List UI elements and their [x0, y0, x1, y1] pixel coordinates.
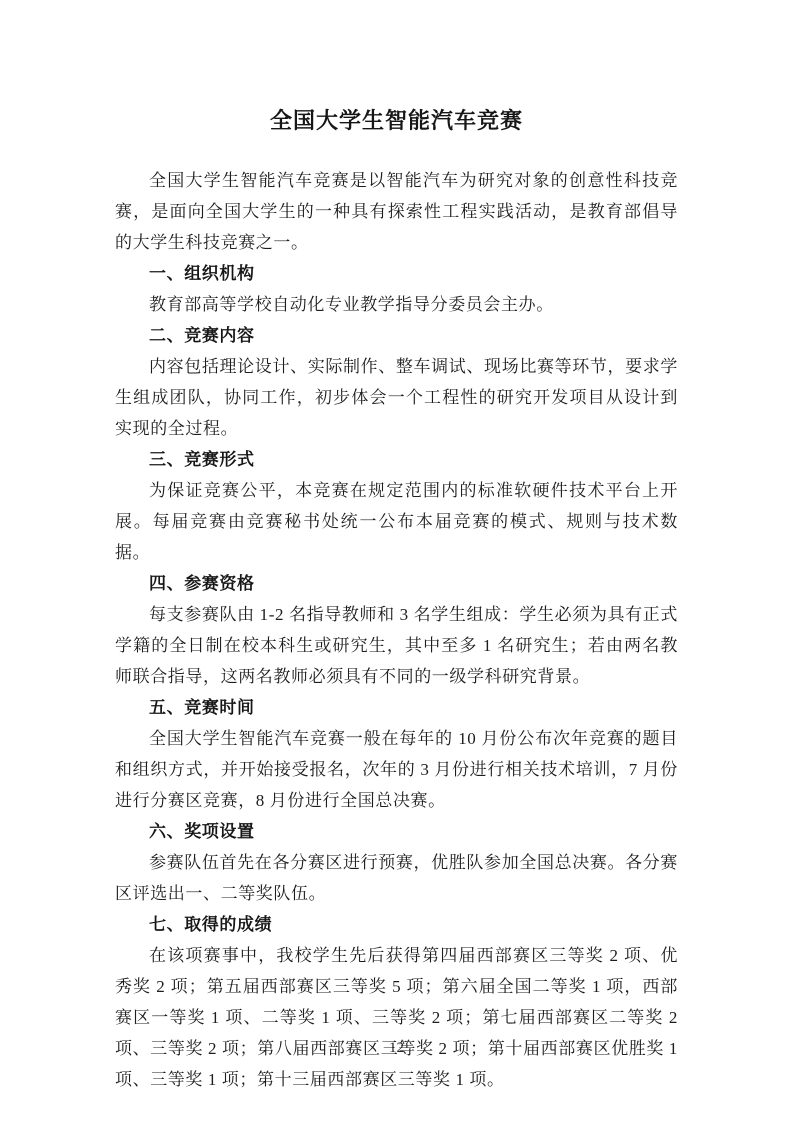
- section-awards: 六、奖项设置 参赛队伍首先在各分赛区进行预赛，优胜队参加全国总决赛。各分赛区评选…: [115, 816, 678, 909]
- section-awards-paragraph: 参赛队伍首先在各分赛区进行预赛，优胜队参加全国总决赛。各分赛区评选出一、二等奖队…: [115, 847, 678, 909]
- section-schedule-paragraph: 全国大学生智能汽车竞赛一般在每年的 10 月份公布次年竞赛的题目和组织方式，并开…: [115, 723, 678, 816]
- page-number: 12: [0, 1038, 793, 1058]
- section-content: 二、竞赛内容 内容包括理论设计、实际制作、整车调试、现场比赛等环节，要求学生组成…: [115, 320, 678, 444]
- document-page: 全国大学生智能汽车竞赛 全国大学生智能汽车竞赛是以智能汽车为研究对象的创意性科技…: [0, 0, 793, 1122]
- section-achievements-heading: 七、取得的成绩: [115, 909, 678, 940]
- section-format-heading: 三、竞赛形式: [115, 444, 678, 475]
- section-format: 三、竞赛形式 为保证竞赛公平，本竞赛在规定范围内的标准软硬件技术平台上开展。每届…: [115, 444, 678, 568]
- section-awards-heading: 六、奖项设置: [115, 816, 678, 847]
- section-schedule: 五、竞赛时间 全国大学生智能汽车竞赛一般在每年的 10 月份公布次年竞赛的题目和…: [115, 692, 678, 816]
- section-format-paragraph: 为保证竞赛公平，本竞赛在规定范围内的标准软硬件技术平台上开展。每届竞赛由竞赛秘书…: [115, 475, 678, 568]
- section-achievements-paragraph: 在该项赛事中，我校学生先后获得第四届西部赛区三等奖 2 项、优秀奖 2 项；第五…: [115, 940, 678, 1095]
- intro-paragraph: 全国大学生智能汽车竞赛是以智能汽车为研究对象的创意性科技竞赛，是面向全国大学生的…: [115, 165, 678, 258]
- section-eligibility-heading: 四、参赛资格: [115, 568, 678, 599]
- section-achievements: 七、取得的成绩 在该项赛事中，我校学生先后获得第四届西部赛区三等奖 2 项、优秀…: [115, 909, 678, 1095]
- section-schedule-heading: 五、竞赛时间: [115, 692, 678, 723]
- section-organization-heading: 一、组织机构: [115, 258, 678, 289]
- section-content-heading: 二、竞赛内容: [115, 320, 678, 351]
- section-organization: 一、组织机构 教育部高等学校自动化专业教学指导分委员会主办。: [115, 258, 678, 320]
- document-title: 全国大学生智能汽车竞赛: [115, 104, 678, 138]
- section-eligibility-paragraph: 每支参赛队由 1-2 名指导教师和 3 名学生组成：学生必须为具有正式学籍的全日…: [115, 599, 678, 692]
- section-content-paragraph: 内容包括理论设计、实际制作、整车调试、现场比赛等环节，要求学生组成团队，协同工作…: [115, 351, 678, 444]
- section-eligibility: 四、参赛资格 每支参赛队由 1-2 名指导教师和 3 名学生组成：学生必须为具有…: [115, 568, 678, 692]
- section-organization-paragraph: 教育部高等学校自动化专业教学指导分委员会主办。: [115, 289, 678, 320]
